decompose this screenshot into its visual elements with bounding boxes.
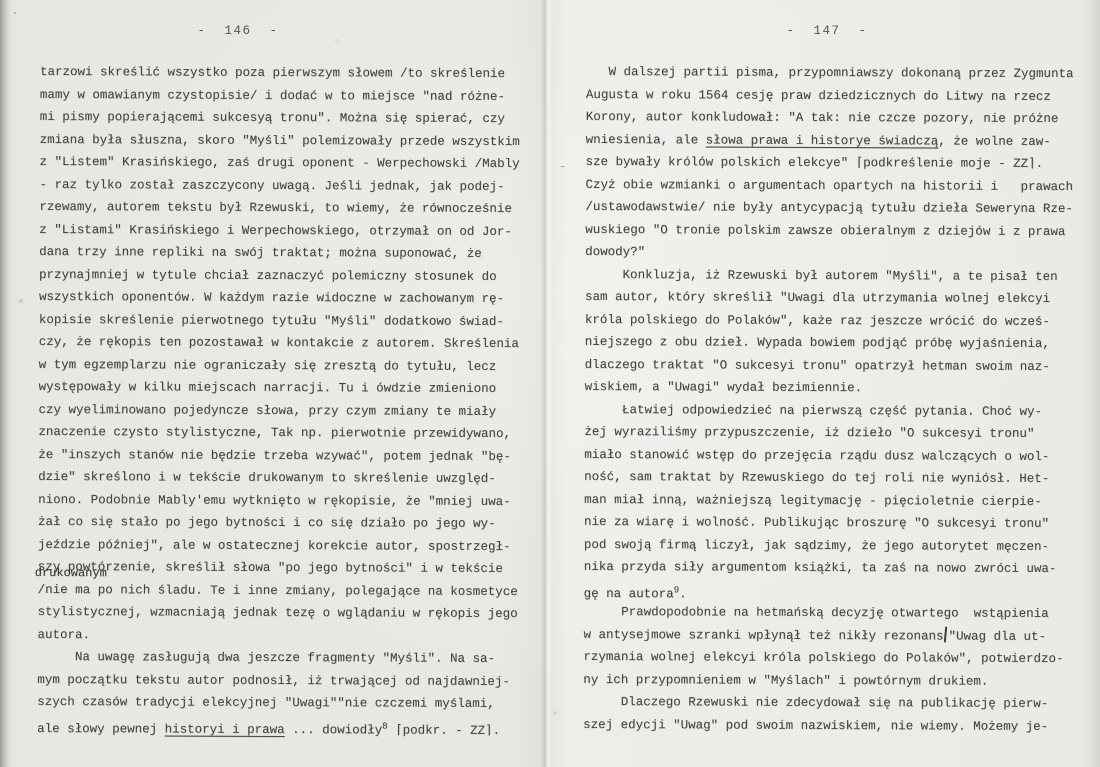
left-page-text: tarzowi skreślić wszystko poza pierwszym… xyxy=(37,61,520,738)
book-scan: - 146 - - 147 - - tarzowi skreślić wszys… xyxy=(0,0,1100,767)
typed-insertion-word: drukowanym xyxy=(35,566,107,578)
text-segment: wuskiego "O tronie polskim zawsze obiera… xyxy=(585,222,1065,238)
dust-specks xyxy=(14,12,16,14)
text-line: dana trzy inne repliki na swój traktat; … xyxy=(39,241,519,266)
text-segment: jeździe później", ale w ostatecznej kore… xyxy=(38,537,511,553)
scan-right-edge-shadow xyxy=(1086,0,1100,767)
text-segment: szy powtórzenie, skreślił słowa "po jego… xyxy=(38,560,503,576)
text-segment: ⌈podkr. - ZZ⌉. xyxy=(388,723,501,737)
text-segment: Augusta w roku 1564 cesję praw dziedzicz… xyxy=(586,87,1051,103)
text-segment: sze bywały królów polskich elekcye" ⌈pod… xyxy=(586,155,1044,171)
text-line: sze bywały królów polskich elekcye" ⌈pod… xyxy=(586,151,1074,176)
text-line: żał co się stało po jego bytności i co s… xyxy=(38,511,518,536)
text-line: tarzowi skreślić wszystko poza pierwszym… xyxy=(40,61,520,86)
text-segment: kopisie skreślenie pierwotnego tytułu "M… xyxy=(39,312,504,328)
text-segment: - raz tylko został zaszczycony uwagą. Je… xyxy=(39,177,504,193)
text-segment: szych czasów tradycji elekcyjnej "Uwagi"… xyxy=(37,695,495,711)
text-segment: dlaczego traktat "O sukcesyi tronu" opat… xyxy=(585,357,1050,373)
text-line: przynajmniej w tytule chciał zaznaczyć p… xyxy=(39,263,519,288)
text-segment: żej wyraziliśmy przypuszczenie, iż dzieł… xyxy=(584,425,1034,441)
text-line: ność, sam traktat by Rzewuskiego do tej … xyxy=(584,466,1072,491)
text-line: Czyż obie wzmianki o argumentach opartyc… xyxy=(585,173,1073,198)
text-segment: w antysejmowe szranki wpłynął też nikły … xyxy=(583,627,943,643)
text-segment: Korony, autor konkludował: "A tak: nie c… xyxy=(586,110,1059,126)
text-line: drukowanym/nie ma po nich śladu. Te i in… xyxy=(38,578,518,603)
text-line: nika przyda siły argumentom książki, ta … xyxy=(584,556,1072,581)
text-line: /ustawodawstwie/ nie były antycypacją ty… xyxy=(585,196,1073,221)
text-line: szej edycji "Uwag" pod swoim nazwiskiem,… xyxy=(583,713,1071,738)
text-line: występowały w kilku miejscach narracji. … xyxy=(39,376,519,401)
text-segment: Dlaczego Rzewuski nie zdecydował się na … xyxy=(583,695,1048,711)
text-line: Dlaczego Rzewuski nie zdecydował się na … xyxy=(583,691,1071,716)
text-segment: czy, że rękopis ten pozostawał w kontakc… xyxy=(39,335,519,351)
text-line: dzie" skreślono i w tekście drukowanym t… xyxy=(38,466,518,491)
text-line: man miał inną, ważniejszą legitymację - … xyxy=(584,488,1072,513)
text-segment: że "inszych stanów nie będzie trzeba wzy… xyxy=(38,447,511,463)
text-line: W dalszej partii pisma, przypomniawszy d… xyxy=(586,61,1074,86)
text-segment: nie za wiarę i wolność. Publikując brosz… xyxy=(584,515,1049,531)
text-segment: przynajmniej w tytule chciał zaznaczyć p… xyxy=(39,267,497,283)
text-segment: , że wolne zaw- xyxy=(938,134,1051,148)
text-segment: wiskiem, a "Uwagi" wydał bezimiennie. xyxy=(585,380,863,395)
text-segment: żał co się stało po jego bytności i co s… xyxy=(38,515,496,531)
page-number-right: - 147 - xyxy=(772,24,882,38)
text-line: żej wyraziliśmy przypuszczenie, iż dzieł… xyxy=(584,421,1072,446)
page-number-left: - 146 - xyxy=(183,24,293,38)
text-line: autora. xyxy=(37,623,517,648)
text-line: - raz tylko został zaszczycony uwagą. Je… xyxy=(39,173,519,198)
text-segment: rzewamy, autorem tekstu był Rzewuski, to… xyxy=(39,200,512,216)
text-line: Łatwiej odpowiedzieć na pierwszą część p… xyxy=(584,398,1072,423)
underlined-text: słowa prawa i historye świadczą xyxy=(706,133,939,148)
text-segment: ale słowy pewnej xyxy=(37,721,165,736)
text-line: Augusta w roku 1564 cesję praw dziedzicz… xyxy=(586,83,1074,108)
text-segment: Konkluzja, iż Rzewuski był autorem "Myśl… xyxy=(585,267,1058,283)
text-segment: znaczenie czysto stylistyczne, Tak np. p… xyxy=(38,425,511,441)
text-line: w antysejmowe szranki wpłynął też nikły … xyxy=(583,623,1071,648)
text-segment: ny ich przypomnieniem w "Myślach" i powt… xyxy=(583,672,988,688)
text-segment: pod swoją firmą liczył, jak sądzimy, że … xyxy=(584,537,1049,553)
text-line: miało stanowić wstęp do przejęcia rządu … xyxy=(584,443,1072,468)
text-segment: Prawdopodobnie na hetmańską decyzję otwa… xyxy=(584,605,1049,621)
text-segment: gę na autora xyxy=(584,586,674,600)
text-line: kopisie skreślenie pierwotnego tytułu "M… xyxy=(39,308,519,333)
text-line: dowody?" xyxy=(585,241,1073,266)
text-line: jeździe później", ale w ostatecznej kore… xyxy=(38,533,518,558)
text-segment: . xyxy=(679,587,687,601)
text-line: z "Listami" Krasińskiego i Werpechowskie… xyxy=(39,218,519,243)
pen-insertion-mark xyxy=(944,626,947,642)
text-line: Na uwagę zasługują dwa jeszcze fragmenty… xyxy=(37,646,517,671)
text-segment: szej edycji "Uwag" pod swoim nazwiskiem,… xyxy=(583,717,1048,733)
text-line: wszystkich oponentów. W każdym razie wid… xyxy=(39,286,519,311)
right-page-text: W dalszej partii pisma, przypomniawszy d… xyxy=(583,61,1074,738)
text-segment: mi pismy popierającemi sukcesyą tronu". … xyxy=(40,110,505,126)
scan-left-edge-shadow xyxy=(0,0,11,767)
text-line: czy, że rękopis ten pozostawał w kontakc… xyxy=(39,331,519,356)
text-segment: /nie ma po nich śladu. Te i inne zmiany,… xyxy=(38,582,518,598)
text-line: gę na autora9. xyxy=(584,578,1072,603)
text-segment: w tym egzemplarzu nie ograniczały się zr… xyxy=(39,357,497,373)
text-line: mi pismy popierającemi sukcesyą tronu". … xyxy=(40,106,520,131)
text-line: mamy w omawianym czystopisie/ i dodać w … xyxy=(40,83,520,108)
text-line: niejszego z obu dzieł. Wypada bowiem pod… xyxy=(585,331,1073,356)
text-segment: dowody?" xyxy=(585,245,645,259)
text-line: czy wyeliminowano pojedyncze słowa, przy… xyxy=(38,398,518,423)
text-segment: z "Listem" Krasińskiego, zaś drugi opone… xyxy=(40,155,520,171)
text-segment: króla polskiego do Polaków", każe raz je… xyxy=(585,312,1050,328)
text-segment: Czyż obie wzmianki o argumentach opartyc… xyxy=(585,177,1073,193)
text-segment: Łatwiej odpowiedzieć na pierwszą część p… xyxy=(584,402,1042,418)
text-line: ale słowy pewnej historyi i prawa ... do… xyxy=(37,713,517,738)
text-segment: mym początku tekstu autor podnosił, iż t… xyxy=(37,672,510,688)
text-segment: stylistycznej, wzmacniają jednak tezę o … xyxy=(38,605,518,621)
text-line: ny ich przypomnieniem w "Myślach" i powt… xyxy=(583,668,1071,693)
text-line: zmiana była słuszna, skoro "Myśli" polem… xyxy=(40,128,520,153)
text-segment: autora. xyxy=(37,627,90,641)
underlined-text: historyi i prawa xyxy=(165,722,285,737)
text-segment: nika przyda siły argumentom książki, ta … xyxy=(584,560,1057,576)
text-line: szych czasów tradycji elekcyjnej "Uwagi"… xyxy=(37,691,517,716)
text-line: sam autor, który skreślił "Uwagi dla utr… xyxy=(585,286,1073,311)
text-segment: Na uwagę zasługują dwa jeszcze fragmenty… xyxy=(37,650,495,666)
text-segment: miało stanowić wstęp do przejęcia rządu … xyxy=(584,447,1049,463)
text-segment: dzie" skreślono i w tekście drukowanym t… xyxy=(38,470,496,486)
text-line: znaczenie czysto stylistyczne, Tak np. p… xyxy=(38,421,518,446)
text-line: wiskiem, a "Uwagi" wydał bezimiennie. xyxy=(585,376,1073,401)
stray-mark: - xyxy=(559,160,567,174)
text-line: Korony, autor konkludował: "A tak: nie c… xyxy=(586,106,1074,131)
text-segment: mamy w omawianym czystopisie/ i dodać w … xyxy=(40,87,505,103)
text-line: Prawdopodobnie na hetmańską decyzję otwa… xyxy=(584,601,1072,626)
text-segment: sam autor, który skreślił "Uwagi dla utr… xyxy=(585,290,1050,306)
text-segment: W dalszej partii pisma, przypomniawszy d… xyxy=(586,65,1074,81)
text-segment: wniesienia, ale xyxy=(586,132,706,147)
text-segment: ność, sam traktat by Rzewuskiego do tej … xyxy=(584,470,1049,486)
text-segment: zmiana była słuszna, skoro "Myśli" polem… xyxy=(40,132,520,148)
page-gutter-fold xyxy=(540,0,552,767)
text-line: króla polskiego do Polaków", każe raz je… xyxy=(585,308,1073,333)
text-segment: występowały w kilku miejscach narracji. … xyxy=(39,380,497,396)
text-line: niono. Podobnie Mably'emu wytknięto w rę… xyxy=(38,488,518,513)
text-segment: "Uwag dla ut- xyxy=(949,629,1047,643)
text-segment: wszystkich oponentów. W każdym razie wid… xyxy=(39,290,504,306)
text-segment: man miał inną, ważniejszą legitymację - … xyxy=(584,492,1042,508)
text-line: rzewamy, autorem tekstu był Rzewuski, to… xyxy=(39,196,519,221)
text-line: z "Listem" Krasińskiego, zaś drugi opone… xyxy=(40,151,520,176)
text-segment: dana trzy inne repliki na swój traktat; … xyxy=(39,245,482,261)
text-line: wniesienia, ale słowa prawa i historye ś… xyxy=(586,128,1074,153)
text-line: szy powtórzenie, skreślił słowa "po jego… xyxy=(38,556,518,581)
text-segment: tarzowi skreślić wszystko poza pierwszym… xyxy=(40,65,505,81)
text-line: wuskiego "O tronie polskim zawsze obiera… xyxy=(585,218,1073,243)
text-line: Konkluzja, iż Rzewuski był autorem "Myśl… xyxy=(585,263,1073,288)
text-line: w tym egzemplarzu nie ograniczały się zr… xyxy=(39,353,519,378)
text-line: stylistycznej, wzmacniają jednak tezę o … xyxy=(38,601,518,626)
text-segment: niejszego z obu dzieł. Wypada bowiem pod… xyxy=(585,335,1050,351)
text-line: że "inszych stanów nie będzie trzeba wzy… xyxy=(38,443,518,468)
text-segment: ... dowiodły xyxy=(285,723,383,737)
text-line: dlaczego traktat "O sukcesyi tronu" opat… xyxy=(585,353,1073,378)
text-line: nie za wiarę i wolność. Publikując brosz… xyxy=(584,511,1072,536)
text-segment: /ustawodawstwie/ nie były antycypacją ty… xyxy=(585,200,1073,216)
text-segment: czy wyeliminowano pojedyncze słowa, przy… xyxy=(38,402,496,418)
text-line: rzymania wolnej elekcyi króla polskiego … xyxy=(583,646,1071,671)
text-line: mym początku tekstu autor podnosił, iż t… xyxy=(37,668,517,693)
text-segment: rzymania wolnej elekcyi króla polskiego … xyxy=(583,650,1063,666)
text-line: pod swoją firmą liczył, jak sądzimy, że … xyxy=(584,533,1072,558)
text-segment: niono. Podobnie Mably'emu wytknięto w rę… xyxy=(38,492,511,508)
text-segment: z "Listami" Krasińskiego i Werpechowskie… xyxy=(39,222,512,238)
